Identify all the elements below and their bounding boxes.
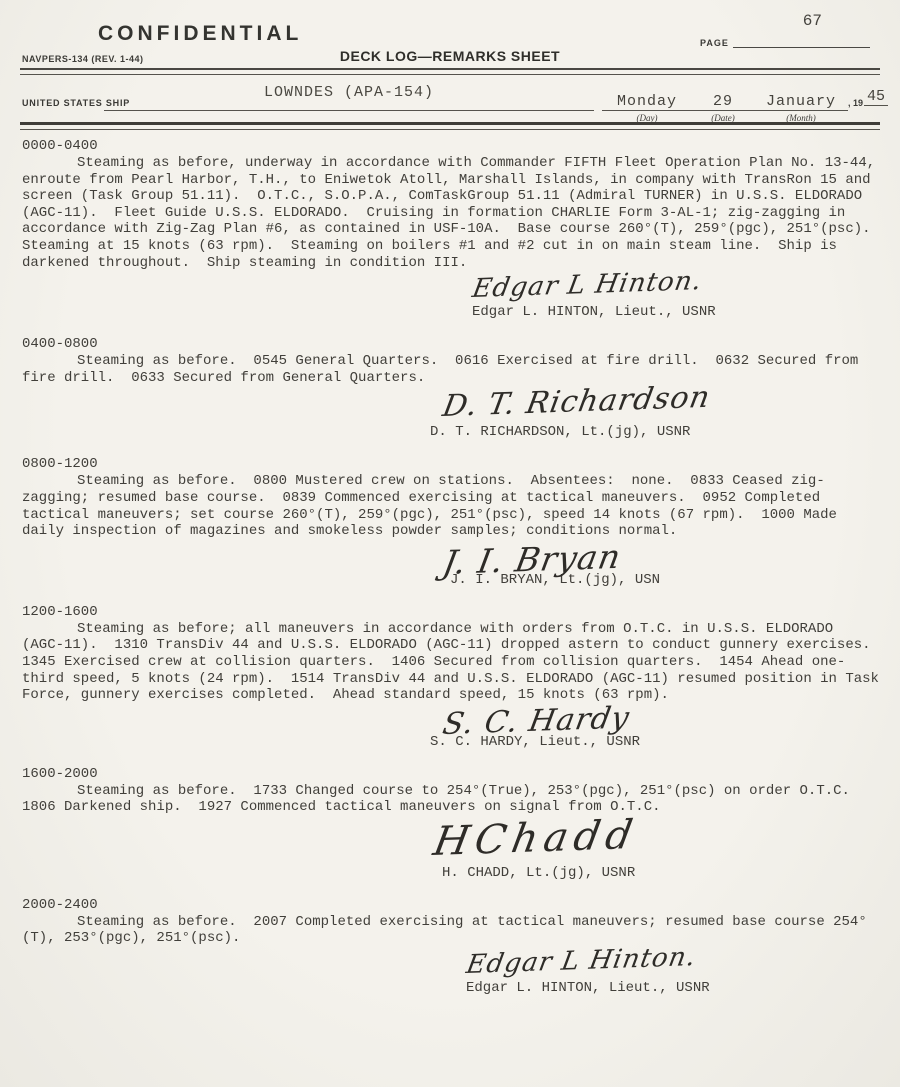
year-field: , 19 45 xyxy=(848,84,890,110)
entry-text: Steaming as before. 1733 Changed course … xyxy=(22,783,882,816)
signature-block: D. T. Richardson xyxy=(440,389,882,424)
watch-period: 1200-1600 xyxy=(22,604,882,620)
entry-text: Steaming as before. 2007 Completed exerc… xyxy=(22,914,882,947)
handwritten-signature: Edgar L Hinton. xyxy=(470,266,705,304)
ship-line-rule xyxy=(20,122,880,130)
signed-name: H. CHADD, Lt.(jg), USNR xyxy=(442,865,882,881)
log-entry-2000-2400: 2000-2400 Steaming as before. 2007 Compl… xyxy=(22,897,882,996)
entry-text: Steaming as before. 0800 Mustered crew o… xyxy=(22,473,882,539)
year-value: 45 xyxy=(864,88,888,106)
year-prefix: , 19 xyxy=(848,98,863,108)
signature-block: Edgar L Hinton. xyxy=(470,274,882,304)
month-value: January xyxy=(754,93,848,110)
log-entry-0800-1200: 0800-1200 Steaming as before. 0800 Muste… xyxy=(22,456,882,587)
signed-name: D. T. RICHARDSON, Lt.(jg), USNR xyxy=(430,424,882,440)
header-rule xyxy=(20,68,880,75)
log-entry-1200-1600: 1200-1600 Steaming as before; all maneuv… xyxy=(22,604,882,750)
handwritten-signature: J. I. Bryan xyxy=(440,537,624,582)
log-entry-0000-0400: 0000-0400 Steaming as before, underway i… xyxy=(22,138,882,320)
handwritten-signature: Edgar L Hinton. xyxy=(464,942,699,980)
entry-text: Steaming as before, underway in accordan… xyxy=(22,155,882,271)
ship-name-field: LOWNDES (APA-154) xyxy=(104,84,594,111)
signed-name: Edgar L. HINTON, Lieut., USNR xyxy=(472,304,882,320)
date-field: Monday 29 January (Day) (Date) (Month) xyxy=(602,84,848,123)
handwritten-signature: HChadd xyxy=(430,812,642,865)
entry-text: Steaming as before. 0545 General Quarter… xyxy=(22,353,882,386)
signed-name: Edgar L. HINTON, Lieut., USNR xyxy=(466,980,882,996)
watch-period: 0000-0400 xyxy=(22,138,882,154)
log-entries: 0000-0400 Steaming as before, underway i… xyxy=(22,138,882,1012)
date-value: 29 xyxy=(692,93,754,110)
page-number: 67 xyxy=(803,12,822,30)
deck-log-remarks-sheet: CONFIDENTIAL 67 PAGE NAVPERS-134 (REV. 1… xyxy=(0,0,900,1087)
day-value: Monday xyxy=(602,93,692,110)
log-entry-0400-0800: 0400-0800 Steaming as before. 0545 Gener… xyxy=(22,336,882,440)
signature-block: HChadd xyxy=(430,819,882,865)
signature-block: Edgar L Hinton. xyxy=(464,950,882,980)
page-field: 67 PAGE xyxy=(700,12,870,48)
watch-period: 0800-1200 xyxy=(22,456,882,472)
page-label: PAGE xyxy=(700,38,733,48)
page-title: DECK LOG—REMARKS SHEET xyxy=(0,48,900,64)
entry-text: Steaming as before; all maneuvers in acc… xyxy=(22,621,882,704)
handwritten-signature: D. T. Richardson xyxy=(440,380,713,424)
classification-stamp: CONFIDENTIAL xyxy=(98,22,302,46)
handwritten-signature: S. C. Hardy xyxy=(440,700,633,741)
log-entry-1600-2000: 1600-2000 Steaming as before. 1733 Chang… xyxy=(22,766,882,881)
watch-period: 1600-2000 xyxy=(22,766,882,782)
watch-period: 0400-0800 xyxy=(22,336,882,352)
watch-period: 2000-2400 xyxy=(22,897,882,913)
